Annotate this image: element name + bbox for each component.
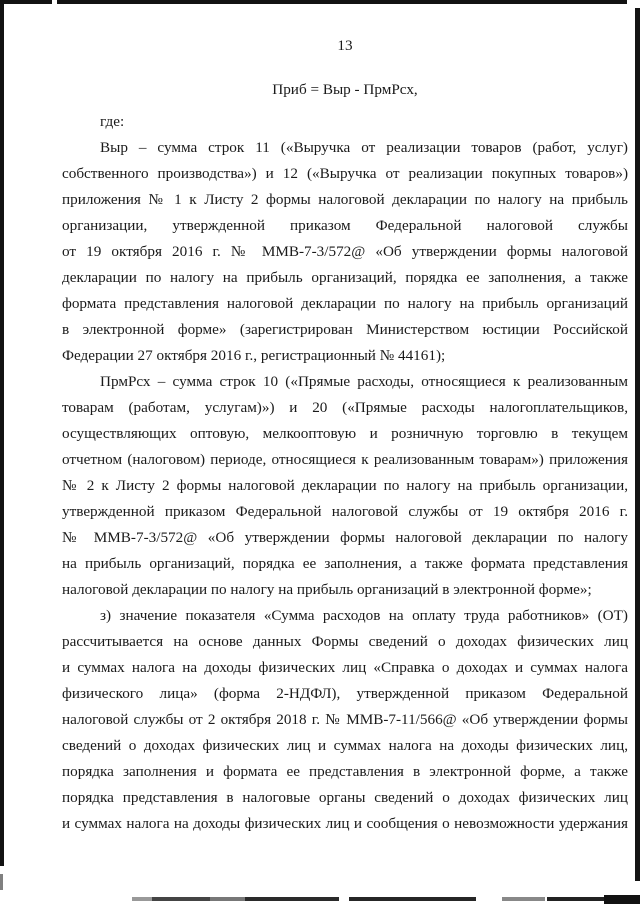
paragraph-3-line-3: и суммах налога на доходы физических лиц…: [62, 655, 628, 681]
paragraph-2-line-9: налоговой декларации по налогу на прибыл…: [62, 577, 628, 603]
paragraph-2-line-5: № 2 к Листу 2 формы налоговой декларации…: [62, 473, 628, 499]
scan-bottom-border: [210, 897, 245, 901]
paragraph-3-line-5: налоговой службы от 2 октября 2018 г. № …: [62, 707, 628, 733]
paragraph-2-line-1: ПрмРсх – сумма строк 10 («Прямые расходы…: [62, 369, 628, 395]
paragraph-1-line-9: Федерации 27 октября 2016 г., регистраци…: [62, 343, 628, 369]
scan-top-border: [57, 0, 627, 4]
paragraph-1-line-1: Выр – сумма строк 11 («Выручка от реализ…: [62, 135, 628, 161]
paragraph-1-line-5: от 19 октября 2016 г. № ММВ-7-3/572@ «Об…: [62, 239, 628, 265]
scan-bottom-border: [502, 897, 545, 901]
paragraph-2-line-8: на прибыль организаций, порядка ее запол…: [62, 551, 628, 577]
scan-left-border: [0, 0, 4, 866]
scan-top-border: [0, 0, 52, 4]
document-body: где: Выр – сумма строк 11 («Выручка от р…: [62, 109, 628, 837]
paragraph-3-line-9: и суммах налога на доходы физических лиц…: [62, 811, 628, 837]
paragraph-3-line-1: з) значение показателя «Сумма расходов н…: [62, 603, 628, 629]
formula-line: Приб = Выр - ПрмРсх,: [62, 77, 628, 103]
paragraph-3-line-7: порядка заполнения и формата ее представ…: [62, 759, 628, 785]
paragraph-1-line-3: приложения № 1 к Листу 2 формы налоговой…: [62, 187, 628, 213]
paragraph-2-line-7: № ММВ-7-3/572@ «Об утверждении формы нал…: [62, 525, 628, 551]
paragraph-2-line-3: осуществляющих оптовую, мелкооптовую и р…: [62, 421, 628, 447]
paragraph-2-line-2: товарам (работам, услугам)») и 20 («Прям…: [62, 395, 628, 421]
paragraph-1-line-6: декларации по налогу на прибыль организа…: [62, 265, 628, 291]
paragraph-3-line-2: рассчитывается на основе данных Формы св…: [62, 629, 628, 655]
paragraph-3-line-8: порядка представления в налоговые органы…: [62, 785, 628, 811]
paragraph-2-line-6: утвержденной приказом Федеральной налого…: [62, 499, 628, 525]
paragraph-1-line-2: собственного производства») и 12 («Выруч…: [62, 161, 628, 187]
paragraph-3-line-4: физического лица» (форма 2-НДФЛ), утверж…: [62, 681, 628, 707]
scan-bottom-border: [245, 897, 339, 901]
scan-bottom-border: [132, 897, 152, 901]
scan-left-mark: [0, 874, 3, 890]
paragraph-2-line-4: отчетном (налоговом) периоде, относящиес…: [62, 447, 628, 473]
scan-bottom-border: [349, 897, 476, 901]
paragraph-1-line-8: в электронной форме» (зарегистрирован Ми…: [62, 317, 628, 343]
where-label: где:: [62, 109, 628, 135]
scan-bottom-border: [152, 897, 210, 901]
scan-bottom-border: [547, 897, 604, 901]
page-number: 13: [62, 33, 628, 59]
paragraph-1-line-4: организации, утвержденной приказом Федер…: [62, 213, 628, 239]
paragraph-1-line-7: формата представления налоговой декларац…: [62, 291, 628, 317]
scanned-page: 13 Приб = Выр - ПрмРсх, где: Выр – сумма…: [0, 0, 640, 905]
scan-bottom-border: [604, 895, 640, 904]
paragraph-3-line-6: сведений о доходах физических лиц и сумм…: [62, 733, 628, 759]
scan-right-border: [635, 8, 640, 881]
